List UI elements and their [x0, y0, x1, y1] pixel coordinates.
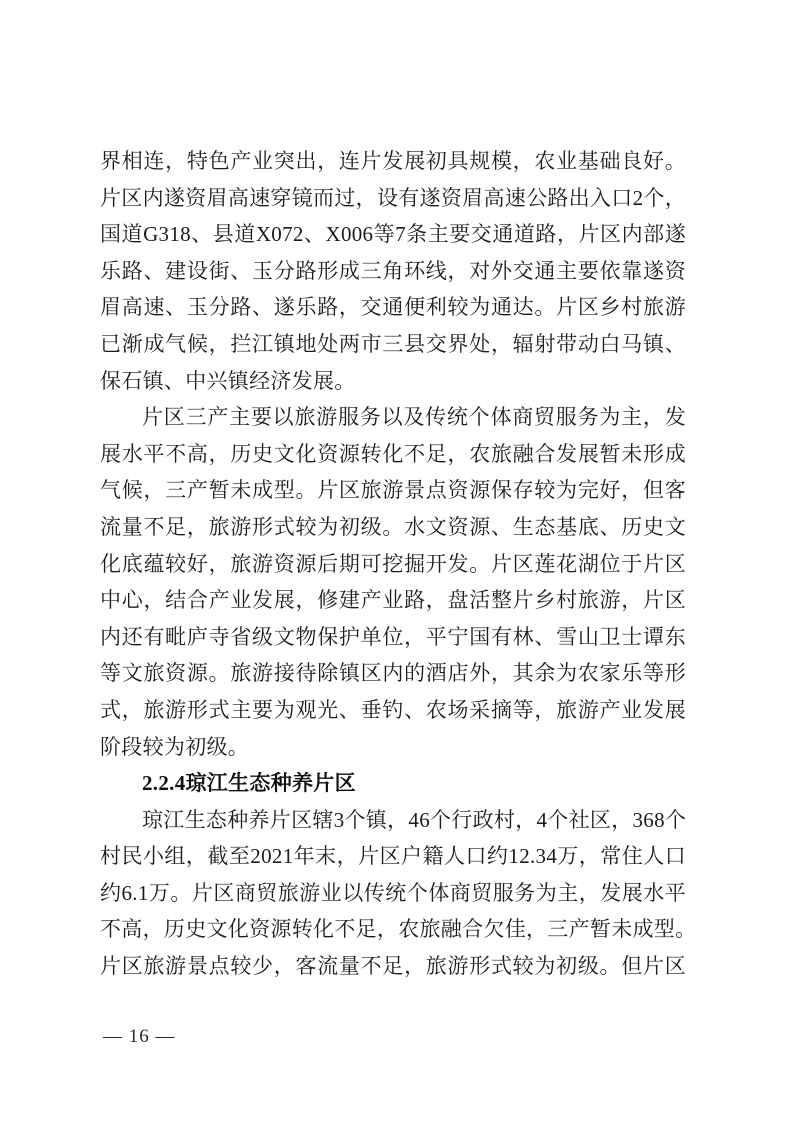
text-line: 展水平不高，历史文化资源转化不足，农旅融合发展暂未形成 — [100, 436, 686, 473]
text-line: 流量不足，旅游形式较为初级。水文资源、生态基底、历史文 — [100, 509, 686, 546]
text-line: 片区内遂资眉高速穿镜而过，设有遂资眉高速公路出入口2个， — [100, 180, 686, 217]
section-heading: 2.2.4琼江生态种养片区 — [100, 765, 686, 802]
text-line: 式，旅游形式主要为观光、垂钓、农场采摘等，旅游产业发展 — [100, 692, 686, 729]
text-line: 眉高速、玉分路、遂乐路，交通便利较为通达。片区乡村旅游 — [100, 289, 686, 326]
text-line: 气候，三产暂未成型。片区旅游景点资源保存较为完好，但客 — [100, 472, 686, 509]
text-line: 乐路、建设街、玉分路形成三角环线，对外交通主要依靠遂资 — [100, 253, 686, 290]
document-text-block: 界相连，特色产业突出，连片发展初具规模，农业基础良好。 片区内遂资眉高速穿镜而过… — [100, 143, 686, 985]
paragraph: 琼江生态种养片区辖3个镇，46个行政村，4个社区，368个 村民小组，截至202… — [100, 802, 686, 985]
text-line: 已渐成气候，拦江镇地处两市三县交界处，辐射带动白马镇、 — [100, 326, 686, 363]
text-line: 不高，历史文化资源转化不足，农旅融合欠佳，三产暂未成型。 — [100, 911, 686, 948]
text-line: 内还有毗庐寺省级文物保护单位，平宁国有林、雪山卫士谭东 — [100, 619, 686, 656]
text-line: 约6.1万。片区商贸旅游业以传统个体商贸服务为主，发展水平 — [100, 875, 686, 912]
page-number: — 16 — — [103, 1024, 176, 1050]
text-line: 界相连，特色产业突出，连片发展初具规模，农业基础良好。 — [100, 143, 686, 180]
text-line: 化底蕴较好，旅游资源后期可挖掘开发。片区莲花湖位于片区 — [100, 546, 686, 583]
text-line: 保石镇、中兴镇经济发展。 — [100, 363, 686, 400]
text-line: 中心，结合产业发展，修建产业路，盘活整片乡村旅游，片区 — [100, 582, 686, 619]
text-line: 等文旅资源。旅游接待除镇区内的酒店外，其余为农家乐等形 — [100, 655, 686, 692]
document-page: 界相连，特色产业突出，连片发展初具规模，农业基础良好。 片区内遂资眉高速穿镜而过… — [0, 0, 793, 1122]
text-line: 村民小组，截至2021年末，片区户籍人口约12.34万，常住人口 — [100, 838, 686, 875]
text-line: 琼江生态种养片区辖3个镇，46个行政村，4个社区，368个 — [100, 802, 686, 839]
text-line: 片区旅游景点较少，客流量不足，旅游形式较为初级。但片区 — [100, 948, 686, 985]
text-line: 国道G318、县道X072、X006等7条主要交通道路，片区内部遂 — [100, 216, 686, 253]
text-line: 片区三产主要以旅游服务以及传统个体商贸服务为主，发 — [100, 399, 686, 436]
paragraph: 界相连，特色产业突出，连片发展初具规模，农业基础良好。 片区内遂资眉高速穿镜而过… — [100, 143, 686, 399]
paragraph: 片区三产主要以旅游服务以及传统个体商贸服务为主，发 展水平不高，历史文化资源转化… — [100, 399, 686, 765]
text-line: 阶段较为初级。 — [100, 729, 686, 766]
